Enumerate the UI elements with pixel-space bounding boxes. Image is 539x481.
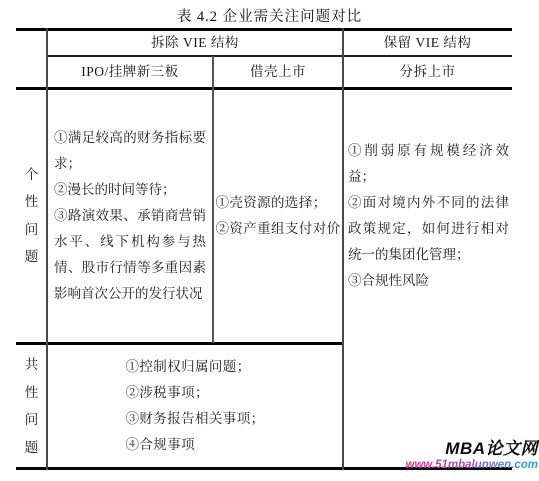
backdoor-issue-item: ①壳资源的选择； <box>215 190 340 216</box>
header-cell-retain-vie: 保留 VIE 结构 <box>343 29 512 56</box>
header-cell-ipo: IPO/挂牌新三板 <box>47 56 213 88</box>
ipo-issue-item: ③路演效果、承销商营销水平、线下机构参与热情、股市行情等多重因素影响首次公开的发… <box>54 203 206 307</box>
ipo-issue-item: ②漫长的时间等待； <box>54 177 206 203</box>
table-caption: 表 4.2 企业需关注问题对比 <box>0 5 539 26</box>
header-cell-spinoff-listing: 分拆上市 <box>343 56 512 88</box>
common-issue-item: ④合规事项 <box>126 432 265 458</box>
header-cell-dismantle-vie: 拆除 VIE 结构 <box>47 29 343 56</box>
row-label-common-issues: 共性问题 <box>16 343 47 469</box>
watermark-site-url: www.51mbalunwen.com <box>406 459 539 472</box>
backdoor-issue-item: ②资产重组支付对价 <box>215 216 340 242</box>
common-issue-item: ②涉税事项； <box>126 380 265 406</box>
common-issue-item: ①控制权归属问题； <box>126 354 265 380</box>
cell-ipo-issues: ①满足较高的财务指标要求； ②漫长的时间等待； ③路演效果、承销商营销水平、线下… <box>47 88 213 343</box>
site-watermark: MBA论文网 www.51mbalunwen.com <box>406 440 539 471</box>
comparison-table: 拆除 VIE 结构 保留 VIE 结构 IPO/挂牌新三板 借壳上市 分拆上市 … <box>16 29 512 469</box>
ipo-issue-item: ①满足较高的财务指标要求； <box>54 125 206 177</box>
spinoff-issue-item: ①削弱原有规模经济效益； <box>348 138 509 190</box>
cell-common-issues: ①控制权归属问题； ②涉税事项； ③财务报告相关事项； ④合规事项 <box>47 343 343 469</box>
document-page: 表 4.2 企业需关注问题对比 拆除 VIE 结构 保留 VIE 结构 IPO/… <box>0 0 539 481</box>
spinoff-issue-item: ③合规性风险 <box>348 268 509 294</box>
row-label-individual-issues: 个性问题 <box>16 88 47 343</box>
cell-spinoff-issues: ①削弱原有规模经济效益； ②面对境内外不同的法律政策规定，如何进行相对统一的集团… <box>343 88 512 343</box>
cell-backdoor-issues: ①壳资源的选择； ②资产重组支付对价 <box>213 88 343 343</box>
header-cell-backdoor-listing: 借壳上市 <box>213 56 343 88</box>
common-issue-item: ③财务报告相关事项； <box>126 406 265 432</box>
spinoff-issue-item: ②面对境内外不同的法律政策规定，如何进行相对统一的集团化管理； <box>348 190 509 268</box>
watermark-site-name: MBA论文网 <box>406 440 539 459</box>
